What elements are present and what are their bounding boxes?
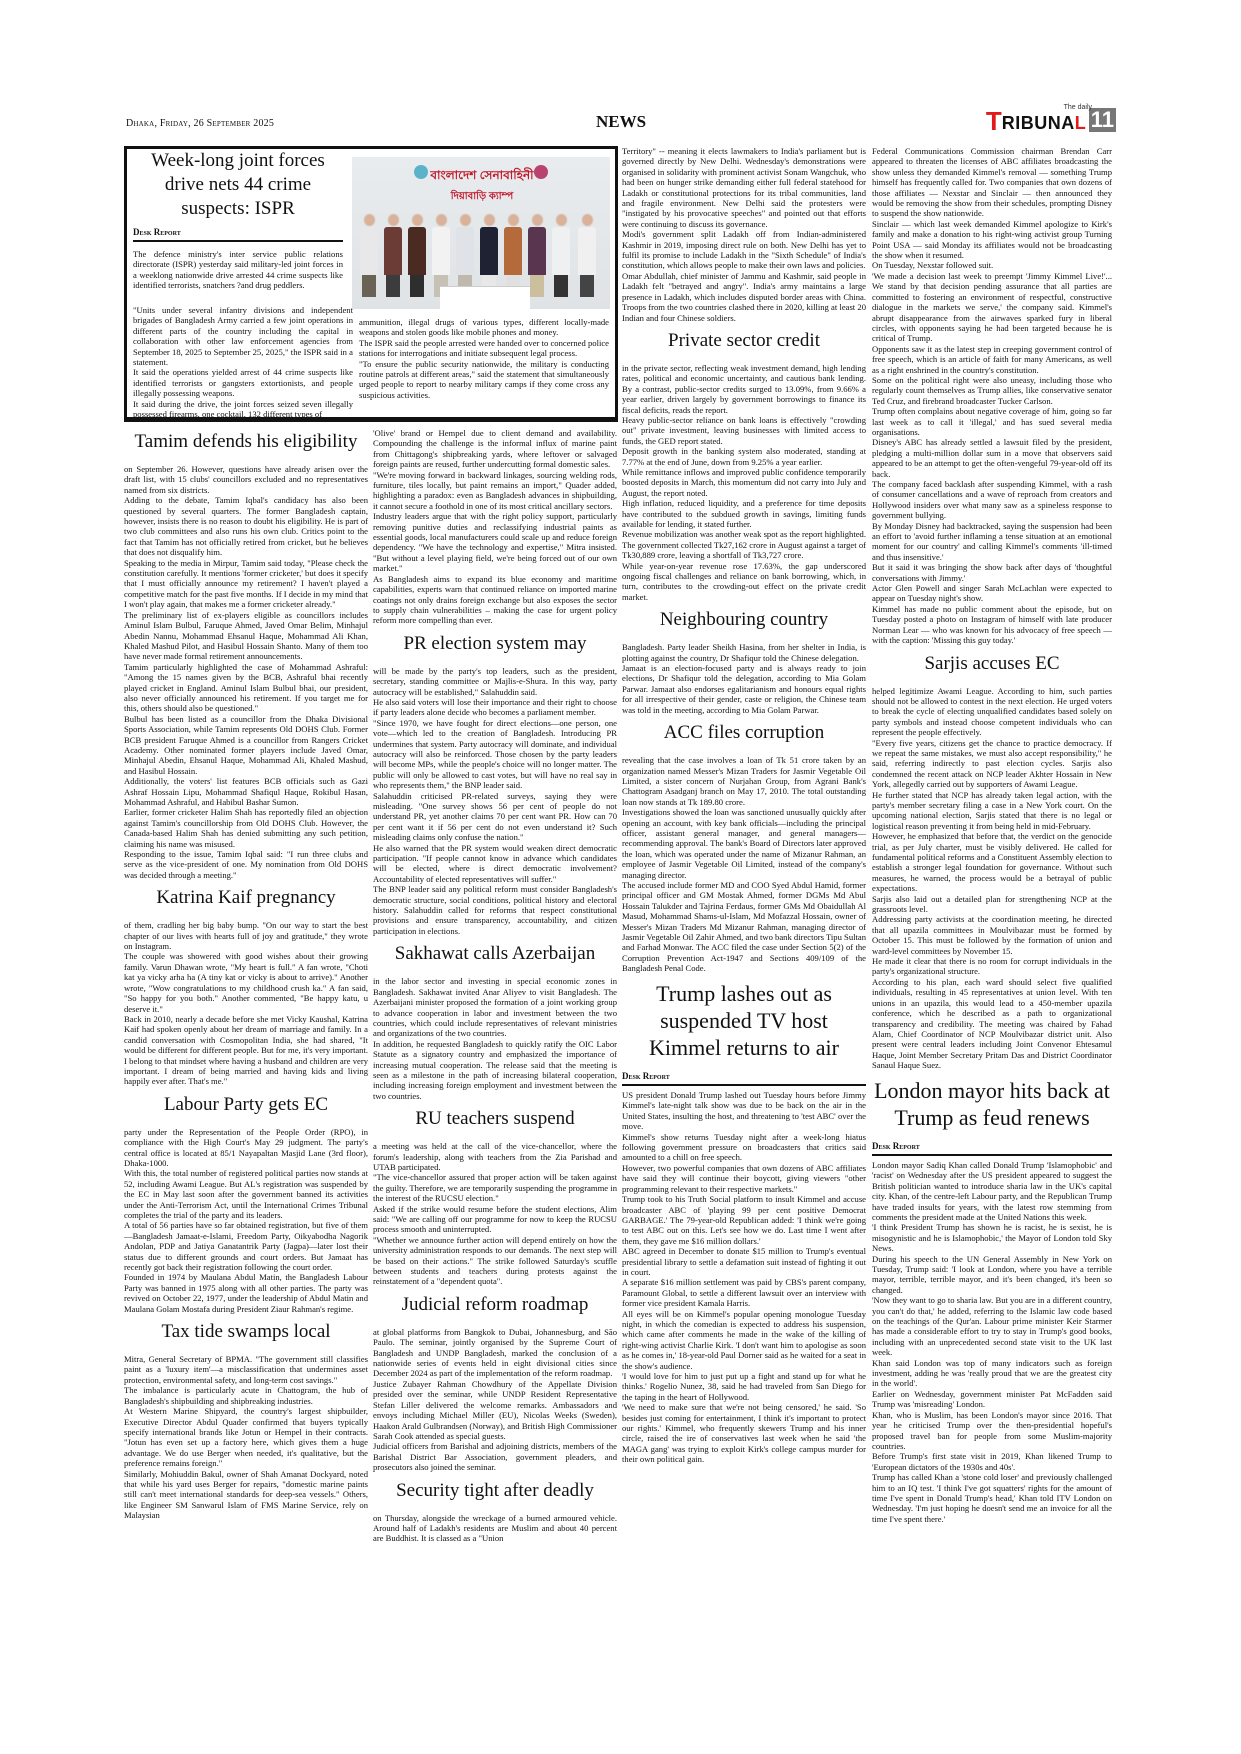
article-paragraph: Jamaat is an election-focused party and … bbox=[622, 663, 866, 715]
article-paragraph: London mayor Sadiq Khan called Donald Tr… bbox=[872, 1160, 1112, 1222]
article-paragraph: Additionally, the voters' list features … bbox=[124, 776, 368, 807]
headline-labour-party: Labour Party gets EC bbox=[124, 1093, 368, 1117]
article-paragraph: Revenue mobilization was another weak sp… bbox=[622, 529, 866, 560]
article-london-mayor: London mayor hits back at Trump as feud … bbox=[872, 1077, 1112, 1525]
article-paragraph: Responding to the issue, Tamim Iqbal sai… bbox=[124, 849, 368, 880]
article-paragraph: The couple was showered with good wishes… bbox=[124, 951, 368, 1013]
article-paragraph: In addition, he requested Bangladesh to … bbox=[373, 1039, 617, 1101]
article-paragraph: 'Now they want to go to sharia law. But … bbox=[872, 1295, 1112, 1357]
byline-trump-kimmel: Desk Report bbox=[622, 1071, 866, 1086]
logo-middle: RIBUNA bbox=[1002, 114, 1075, 132]
article-paragraph: 'I think President Trump has shown he is… bbox=[872, 1222, 1112, 1253]
headline-london-mayor: London mayor hits back at Trump as feud … bbox=[872, 1077, 1112, 1131]
article-paragraph: Modi's government split Ladakh off from … bbox=[622, 229, 866, 271]
column-1: Tamim defends his eligibility on Septemb… bbox=[124, 424, 368, 1521]
article-paragraph: 'Olive' brand or Hempel due to client de… bbox=[373, 428, 617, 470]
article-paragraph: Adding to the debate, Tamim Iqbal's cand… bbox=[124, 495, 368, 557]
article-paragraph: Back in 2010, nearly a decade before she… bbox=[124, 1014, 368, 1087]
article-paragraph: Judicial officers from Barishal and adjo… bbox=[373, 1441, 617, 1472]
section-title: NEWS bbox=[596, 112, 646, 132]
article-paragraph: helped legitimize Awami League. Accordin… bbox=[872, 686, 1112, 738]
lead-headline: Week-long joint forces drive nets 44 cri… bbox=[133, 149, 343, 221]
article-paragraph: on Thursday, alongside the wreckage of a… bbox=[373, 1513, 617, 1544]
article-paragraph: Disney's ABC has already settled a lawsu… bbox=[872, 437, 1112, 479]
article-paragraph: He further stated that NCP has already t… bbox=[872, 790, 1112, 832]
headline-judicial-reform: Judicial reform roadmap bbox=[373, 1293, 617, 1317]
article-paragraph: will be made by the party's top leaders,… bbox=[373, 666, 617, 697]
article-paragraph: 'I would love for him to just put up a f… bbox=[622, 1371, 866, 1402]
article-ru-teachers: RU teachers suspend a meeting was held a… bbox=[373, 1107, 617, 1287]
issue-date: Dhaka, Friday, 26 September 2025 bbox=[126, 118, 274, 129]
article-paragraph: The preliminary list of ex-players eligi… bbox=[124, 610, 368, 662]
article-paragraph: He made it clear that there is no room f… bbox=[872, 956, 1112, 977]
article-paragraph: of them, cradling her big baby bump. "On… bbox=[124, 920, 368, 951]
article-paragraph: The imbalance is particularly acute in C… bbox=[124, 1385, 368, 1406]
article-paragraph: 'We need to make sure that we're not bei… bbox=[622, 1402, 866, 1464]
article-paragraph: While remittance inflows and improved pu… bbox=[622, 467, 866, 498]
article-paragraph: Khan, who is Muslim, has been London's m… bbox=[872, 1410, 1112, 1452]
article-private-credit: Private sector credit in the private sec… bbox=[622, 329, 866, 602]
article-paragraph: Speaking to the media in Mirpur, Tamim s… bbox=[124, 558, 368, 610]
article-paragraph: Salahuddin criticised PR-related surveys… bbox=[373, 791, 617, 843]
article-acc-corruption: ACC files corruption revealing that the … bbox=[622, 721, 866, 974]
lead-body-right: ammunition, illegal drugs of various typ… bbox=[359, 317, 609, 400]
lead-bottom-rule bbox=[124, 419, 618, 422]
article-paragraph: Before Trump's first state visit in 2019… bbox=[872, 1451, 1112, 1472]
lead-byline: Desk Report bbox=[133, 227, 343, 242]
photo-banner: বাংলাদেশ সেনাবাহিনী দিয়াবাড়ি ক্যাম্প bbox=[412, 167, 552, 206]
article-paragraph: ammunition, illegal drugs of various typ… bbox=[359, 317, 609, 338]
article-paragraph: "To ensure the public security nationwid… bbox=[359, 359, 609, 401]
article-paragraph: It said the operations yielded arrest of… bbox=[133, 367, 353, 398]
article-paragraph: "Whether we announce further action will… bbox=[373, 1235, 617, 1287]
byline-london-mayor: Desk Report bbox=[872, 1141, 1112, 1156]
article-paragraph: ABC agreed in December to donate $15 mil… bbox=[622, 1246, 866, 1277]
article-paragraph: Investigations showed the loan was sanct… bbox=[622, 807, 866, 880]
article-paragraph: "The vice-chancellor assured that proper… bbox=[373, 1172, 617, 1203]
article-paragraph: "Since 1970, we have fought for direct e… bbox=[373, 718, 617, 791]
article-sarjis: Sarjis accuses EC helped legitimize Awam… bbox=[872, 652, 1112, 1071]
headline-ru-teachers: RU teachers suspend bbox=[373, 1107, 617, 1131]
article-ladakh-continued: Territory" -- meaning it elects lawmaker… bbox=[622, 146, 866, 323]
article-paragraph: Federal Communications Commission chairm… bbox=[872, 146, 1112, 219]
article-neighbouring-country: Neighbouring country Bangladesh. Party l… bbox=[622, 608, 866, 715]
article-paragraph: On Tuesday, Nexstar followed suit. bbox=[872, 260, 1112, 270]
lead-body-left-top: The defence ministry's inter service pub… bbox=[133, 249, 343, 291]
article-paragraph: With this, the total number of registere… bbox=[124, 1168, 368, 1220]
article-paragraph: Sarjis also laid out a detailed plan for… bbox=[872, 894, 1112, 915]
article-paragraph: The accused include former MD and COO Sy… bbox=[622, 880, 866, 974]
article-paragraph: in the labor sector and investing in spe… bbox=[373, 976, 617, 1038]
lead-story-box: Week-long joint forces drive nets 44 cri… bbox=[124, 146, 618, 420]
article-paragraph: Territory" -- meaning it elects lawmaker… bbox=[622, 146, 866, 229]
article-paragraph: High inflation, reduced liquidity, and a… bbox=[622, 498, 866, 529]
headline-pr-election: PR election system may bbox=[373, 632, 617, 656]
article-paragraph: "Every five years, citizens get the chan… bbox=[872, 738, 1112, 790]
headline-sakhawat: Sakhawat calls Azerbaijan bbox=[373, 942, 617, 966]
article-paragraph: Opponents saw it as the latest step in c… bbox=[872, 344, 1112, 375]
article-paragraph: Trump took to his Truth Social platform … bbox=[622, 1194, 866, 1246]
article-paragraph: revealing that the case involves a loan … bbox=[622, 755, 866, 807]
article-security-tight: Security tight after deadly on Thursday,… bbox=[373, 1479, 617, 1544]
article-paragraph: Bangladesh. Party leader Sheikh Hasina, … bbox=[622, 642, 866, 663]
article-paragraph: Mitra, General Secretary of BPMA. "The g… bbox=[124, 1354, 368, 1385]
article-paragraph: A total of 56 parties have so far obtain… bbox=[124, 1220, 368, 1272]
article-paragraph: a meeting was held at the call of the vi… bbox=[373, 1141, 617, 1172]
article-paragraph: Omar Abdullah, chief minister of Jammu a… bbox=[622, 271, 866, 323]
article-paragraph: in the private sector, reflecting weak i… bbox=[622, 363, 866, 415]
article-paragraph: Some on the political right were also un… bbox=[872, 375, 1112, 406]
article-paragraph: Similarly, Mohiuddin Bakul, owner of Sha… bbox=[124, 1469, 368, 1521]
column-2: 'Olive' brand or Hempel due to client de… bbox=[373, 428, 617, 1544]
article-paragraph: Addressing party activists at the coordi… bbox=[872, 914, 1112, 956]
article-paragraph: at global platforms from Bangkok to Duba… bbox=[373, 1327, 617, 1379]
headline-tax-tide: Tax tide swamps local bbox=[124, 1320, 368, 1344]
article-paragraph: Asked if the strike would resume before … bbox=[373, 1204, 617, 1235]
article-paragraph: He also said voters will lose their impo… bbox=[373, 697, 617, 718]
article-paragraph: As Bangladesh aims to expand its blue ec… bbox=[373, 574, 617, 626]
article-paragraph: The company faced backlash after suspend… bbox=[872, 479, 1112, 521]
article-paragraph: But it said it was bringing the show bac… bbox=[872, 562, 1112, 583]
article-kimmel-continued: Federal Communications Commission chairm… bbox=[872, 146, 1112, 646]
article-paragraph: He also warned that the PR system would … bbox=[373, 843, 617, 885]
article-paragraph: It said during the drive, the joint forc… bbox=[133, 399, 353, 420]
headline-trump-kimmel: Trump lashes out as suspended TV host Ki… bbox=[622, 980, 866, 1061]
headline-neighbouring-country: Neighbouring country bbox=[622, 608, 866, 632]
article-paragraph: on September 26. However, questions have… bbox=[124, 464, 368, 495]
article-paragraph: Industry leaders argue that with the rig… bbox=[373, 511, 617, 573]
article-paragraph: "Units under several infantry divisions … bbox=[133, 305, 353, 367]
headline-katrina: Katrina Kaif pregnancy bbox=[124, 886, 368, 910]
article-paragraph: However, he emphasized that before that,… bbox=[872, 831, 1112, 893]
article-paint-continued: 'Olive' brand or Hempel due to client de… bbox=[373, 428, 617, 626]
lead-photo: বাংলাদেশ সেনাবাহিনী দিয়াবাড়ি ক্যাম্প bbox=[352, 157, 610, 309]
article-paragraph: Trump often complains about negative cov… bbox=[872, 406, 1112, 437]
column-4: Federal Communications Commission chairm… bbox=[872, 146, 1112, 1524]
article-paragraph: Earlier, former cricketer Halim Shah has… bbox=[124, 807, 368, 849]
logo-prefix: The daily bbox=[1064, 104, 1092, 111]
article-paragraph: Justice Zubayer Rahman Chowdhury of the … bbox=[373, 1379, 617, 1441]
page-header: Dhaka, Friday, 26 September 2025 NEWS Th… bbox=[126, 108, 1116, 134]
article-paragraph: Kimmel has made no public comment about … bbox=[872, 604, 1112, 646]
article-paragraph: However, two powerful companies that own… bbox=[622, 1163, 866, 1194]
logo-letter-l: L bbox=[1075, 114, 1086, 132]
article-paragraph: Heavy public-sector reliance on bank loa… bbox=[622, 415, 866, 446]
article-katrina: Katrina Kaif pregnancy of them, cradling… bbox=[124, 886, 368, 1087]
article-paragraph: Founded in 1974 by Maulana Abdul Matin, … bbox=[124, 1272, 368, 1314]
article-tamim: Tamim defends his eligibility on Septemb… bbox=[124, 430, 368, 880]
article-trump-kimmel: Trump lashes out as suspended TV host Ki… bbox=[622, 980, 866, 1465]
article-paragraph: At Western Marine Shipyard, the country'… bbox=[124, 1406, 368, 1468]
headline-sarjis: Sarjis accuses EC bbox=[872, 652, 1112, 676]
article-paragraph: 'We made a decision last week to preempt… bbox=[872, 271, 1112, 344]
article-paragraph: Deposit growth in the banking system als… bbox=[622, 446, 866, 467]
article-paragraph: A separate $16 million settlement was pa… bbox=[622, 1277, 866, 1308]
logo-letter-t: T bbox=[986, 110, 1002, 132]
article-paragraph: According to his plan, each ward should … bbox=[872, 977, 1112, 1071]
article-paragraph: Sinclair — which last week demanded Kimm… bbox=[872, 219, 1112, 261]
page-number: 11 bbox=[1089, 108, 1116, 132]
article-tax-tide: Tax tide swamps local Mitra, General Sec… bbox=[124, 1320, 368, 1521]
article-paragraph: US president Donald Trump lashed out Tue… bbox=[622, 1090, 866, 1132]
article-paragraph: Khan said London was top of many indicat… bbox=[872, 1358, 1112, 1389]
headline-security-tight: Security tight after deadly bbox=[373, 1479, 617, 1503]
article-paragraph: Trump has called Khan a 'stone cold lose… bbox=[872, 1472, 1112, 1524]
article-paragraph: party under the Representation of the Pe… bbox=[124, 1127, 368, 1169]
article-paragraph: The BNP leader said any political reform… bbox=[373, 884, 617, 936]
lead-body-left: "Units under several infantry divisions … bbox=[133, 305, 353, 419]
article-labour-party: Labour Party gets EC party under the Rep… bbox=[124, 1093, 368, 1314]
article-paragraph: By Monday Disney had backtracked, saying… bbox=[872, 521, 1112, 563]
article-paragraph: Actor Glen Powell and singer Sarah McLac… bbox=[872, 583, 1112, 604]
headline-acc-corruption: ACC files corruption bbox=[622, 721, 866, 745]
seized-items-table bbox=[440, 286, 530, 309]
article-sakhawat: Sakhawat calls Azerbaijan in the labor s… bbox=[373, 942, 617, 1101]
article-paragraph: "We're moving forward in backward linkag… bbox=[373, 470, 617, 512]
article-paragraph: All eyes will be on Kimmel's popular ope… bbox=[622, 1309, 866, 1371]
newspaper-logo: The daily T RIBUNA L 11 bbox=[986, 108, 1116, 132]
article-paragraph: The ISPR said the people arrested were h… bbox=[359, 338, 609, 359]
article-paragraph: Bulbul has been listed as a councillor f… bbox=[124, 714, 368, 776]
article-paragraph: Earlier on Wednesday, government ministe… bbox=[872, 1389, 1112, 1410]
article-paragraph: While year-on-year revenue rose 17.63%, … bbox=[622, 561, 866, 603]
article-paragraph: Tamim particularly highlighted the case … bbox=[124, 662, 368, 714]
article-pr-election: PR election system may will be made by t… bbox=[373, 632, 617, 937]
column-3: Territory" -- meaning it elects lawmaker… bbox=[622, 146, 866, 1465]
article-judicial-reform: Judicial reform roadmap at global platfo… bbox=[373, 1293, 617, 1473]
article-paragraph: During his speech to the UN General Asse… bbox=[872, 1254, 1112, 1296]
article-paragraph: Kimmel's show returns Tuesday night afte… bbox=[622, 1132, 866, 1163]
headline-tamim: Tamim defends his eligibility bbox=[124, 430, 368, 454]
headline-private-credit: Private sector credit bbox=[622, 329, 866, 353]
article-paragraph: The defence ministry's inter service pub… bbox=[133, 249, 343, 291]
